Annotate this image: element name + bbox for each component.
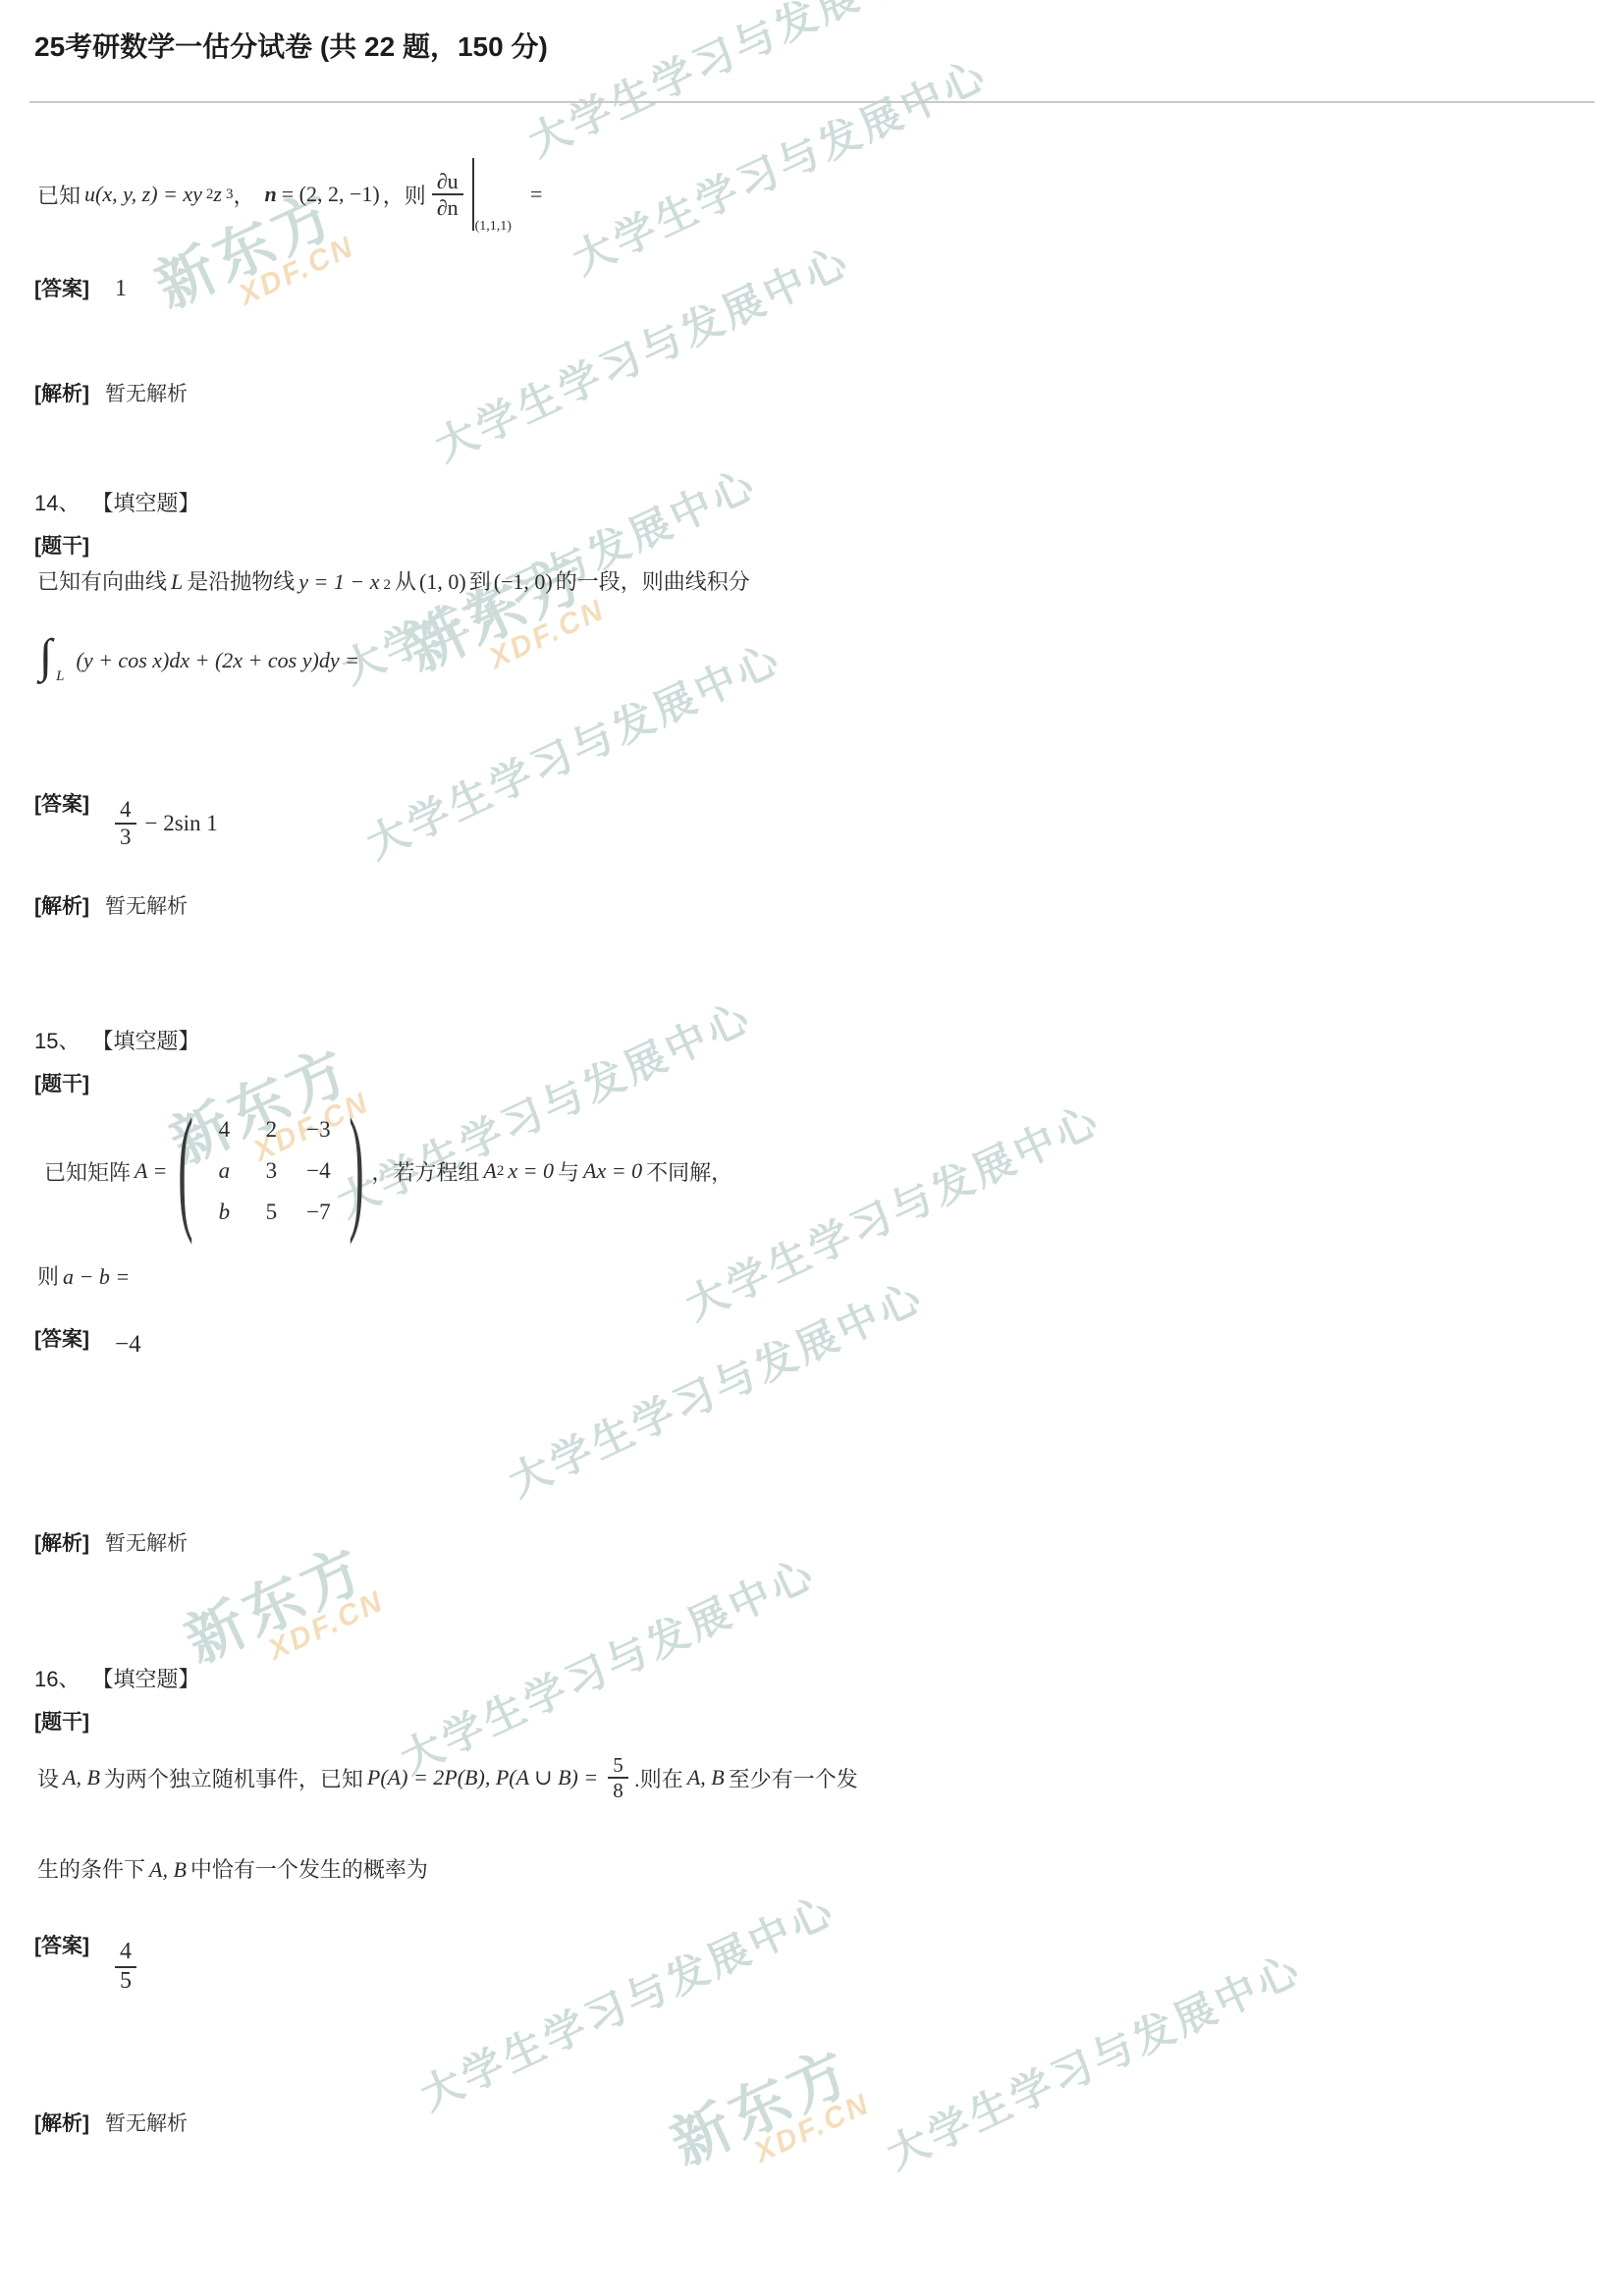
q13-fraction-denominator: ∂n	[432, 193, 463, 220]
answer-label: [答案]	[34, 273, 89, 302]
page-title: 25考研数学一估分试卷 (共 22 题，150 分)	[34, 26, 548, 65]
q16-events-AB: A, B	[63, 1765, 100, 1790]
q16-type-label: 【填空题】	[91, 1663, 199, 1693]
q14-stem-part3: 的一段，则曲线积分	[556, 565, 750, 596]
q16-answer-fraction: 4 5	[115, 1939, 136, 1995]
matrix-cell: 3	[247, 1158, 295, 1184]
q16-stem-line1: 设 A, B 为两个独立随机事件，已知 P(A) = 2P(B), P(A ∪ …	[37, 1739, 858, 1816]
watermark-center-text: 大学生学习与发展中心	[562, 42, 996, 287]
stem-label: [题干]	[34, 1706, 89, 1735]
q16-stem-line2: 生的条件下 A, B 中恰有一个发生的概率为	[37, 1853, 428, 1884]
q15-a-minus-b: a − b =	[63, 1264, 130, 1290]
matrix-paren-right: )	[350, 1101, 364, 1242]
q14-to-text: 到	[469, 565, 491, 596]
q16-header: 16、 【填空题】	[34, 1663, 200, 1693]
q15-type-label: 【填空题】	[91, 1025, 199, 1055]
watermark-center-text: 大学生学习与发展中心	[675, 1088, 1109, 1332]
q13-analysis-text: 暂无解析	[105, 378, 188, 407]
q15-stem-formula: 已知矩阵 A = ( 4 2 −3 a 3 −4 b 5 −7 ) ，若方程组 …	[44, 1097, 732, 1245]
q13-directional-derivative-fraction: ∂u ∂n	[432, 169, 463, 221]
answer-label: [答案]	[34, 1323, 89, 1353]
q16-stem-label-row: [题干]	[34, 1706, 89, 1735]
q14-stem-label-row: [题干]	[34, 530, 89, 560]
analysis-label: [解析]	[34, 890, 89, 920]
q14-from-text: 从	[395, 565, 416, 596]
q16-fraction-numerator: 5	[608, 1753, 628, 1777]
q13-answer-row: [答案] 1	[34, 273, 130, 302]
q16-answer-numerator: 4	[115, 1939, 136, 1966]
q14-analysis-row: [解析] 暂无解析	[34, 890, 188, 920]
q14-type-label: 【填空题】	[91, 487, 199, 517]
q15-stem-part3: 不同解，	[646, 1156, 732, 1187]
q14-curve-L: L	[171, 569, 183, 595]
q14-answer-rest: − 2sin 1	[145, 811, 218, 836]
q13-equals-sign: =	[530, 182, 542, 207]
matrix-cell: 5	[247, 1200, 295, 1225]
q15-stem-part2: ，若方程组	[371, 1156, 479, 1187]
q16-line2-part1: 生的条件下	[37, 1853, 145, 1884]
q14-start-point: (1, 0)	[419, 569, 466, 595]
q16-line2-part2: 中恰有一个发生的概率为	[190, 1853, 428, 1884]
q15-then-line: 则 a − b =	[37, 1260, 134, 1291]
q14-stem-text: 已知有向曲线 L 是沿抛物线 y = 1 − x2 从 (1, 0) 到 (−1…	[37, 565, 750, 596]
answer-label: [答案]	[34, 1920, 89, 1959]
q16-stem-part2: 为两个独立随机事件，已知	[104, 1763, 363, 1793]
matrix-cell: −3	[295, 1117, 342, 1143]
watermark-url-text: XDF.CN	[484, 593, 611, 675]
matrix-cell: 2	[247, 1117, 295, 1143]
q13-comma: ，	[233, 180, 254, 210]
q13-function-expression: u(x, y, z) = xy	[84, 182, 202, 207]
q15-analysis-row: [解析] 暂无解析	[34, 1527, 188, 1557]
q14-answer-row: [答案] 4 3 − 2sin 1	[34, 778, 221, 869]
q15-then-text: 则	[37, 1260, 59, 1291]
q15-A-squared: A	[483, 1158, 496, 1184]
q15-x-equals-zero: x = 0	[508, 1158, 554, 1184]
matrix-cell: 4	[200, 1117, 247, 1143]
q13-normal-vector: n	[265, 182, 277, 207]
q14-number: 14、	[34, 487, 80, 517]
q13-analysis-row: [解析] 暂无解析	[34, 378, 188, 407]
stem-label: [题干]	[34, 1068, 89, 1097]
q13-stem-formula: 已知 u(x, y, z) = xy2z3 ， n = (2, 2, −1) ，…	[37, 145, 545, 243]
watermark-center-text: 大学生学习与发展中心	[876, 1937, 1310, 2181]
q14-stem-part1: 已知有向曲线	[37, 565, 167, 596]
q15-header: 15、 【填空题】	[34, 1025, 200, 1055]
stem-label: [题干]	[34, 530, 89, 560]
q16-stem-part3: .则在	[634, 1763, 683, 1793]
q13-given-text: 已知	[37, 180, 81, 210]
q16-analysis-row: [解析] 暂无解析	[34, 2108, 188, 2137]
q13-z-variable: z	[213, 182, 222, 207]
q14-parabola-equation: y = 1 − x	[298, 569, 379, 595]
q15-matrix-grid: 4 2 −3 a 3 −4 b 5 −7	[200, 1117, 342, 1225]
matrix-paren-left: (	[179, 1101, 193, 1242]
watermark-center-text: 大学生学习与发展中心	[517, 0, 951, 169]
watermark-brand-text: 新东方	[170, 1521, 382, 1680]
analysis-label: [解析]	[34, 2108, 89, 2137]
q15-stem-label-row: [题干]	[34, 1068, 89, 1097]
watermark-center-text: 大学生学习与发展中心	[498, 1264, 932, 1509]
q16-stem-part1: 设	[37, 1763, 59, 1793]
q13-fraction-numerator: ∂u	[432, 169, 463, 193]
watermark-xdf-logo: 新东方XDF.CN	[391, 529, 612, 706]
q15-number: 15、	[34, 1025, 80, 1055]
q13-evaluation-bar: (1,1,1)	[472, 158, 514, 231]
exam-document-page: 大学生学习与发展中心大学生学习与发展中心新东方XDF.CN大学生学习与发展中心新…	[0, 0, 1624, 2296]
q16-probability-fraction: 5 8	[608, 1753, 628, 1802]
q16-events-AB-2: A, B	[687, 1765, 725, 1790]
integral-sign: ∫	[39, 633, 52, 680]
q13-answer-value: 1	[115, 276, 127, 302]
q15-matrix-A-equals: A =	[135, 1158, 167, 1184]
q16-events-AB-3: A, B	[149, 1857, 187, 1883]
q15-with-text: 与	[558, 1156, 579, 1187]
q16-fraction-denominator: 8	[608, 1777, 628, 1802]
watermark-xdf-logo: 新东方XDF.CN	[656, 2023, 877, 2200]
watermark-brand-text: 新东方	[656, 2023, 868, 2182]
q16-probability-equation: P(A) = 2P(B), P(A ∪ B) =	[367, 1765, 598, 1790]
q16-number: 16、	[34, 1663, 80, 1693]
q14-answer-denominator: 3	[115, 823, 136, 850]
q15-analysis-text: 暂无解析	[105, 1527, 188, 1557]
q15-answer-value: −4	[115, 1331, 141, 1359]
q14-header: 14、 【填空题】	[34, 487, 200, 517]
q15-Ax-equals-zero: Ax = 0	[583, 1158, 642, 1184]
watermark-center-text: 大学生学习与发展中心	[409, 1878, 843, 2122]
q13-then-text: ，则	[383, 180, 426, 210]
q14-integral-formula: ∫ L (y + cos x)dx + (2x + cos y)dy =	[39, 626, 363, 695]
title-divider	[29, 101, 1595, 103]
q16-answer-row: [答案] 4 5	[34, 1920, 142, 2013]
q14-stem-part2: 是沿抛物线	[187, 565, 295, 596]
analysis-label: [解析]	[34, 378, 89, 407]
watermark-url-text: XDF.CN	[263, 1584, 390, 1667]
q14-integral-body: (y + cos x)dx + (2x + cos y)dy =	[77, 648, 359, 673]
q16-analysis-text: 暂无解析	[105, 2108, 188, 2137]
q14-end-point: (−1, 0)	[494, 569, 553, 595]
q13-normal-vector-value: = (2, 2, −1)	[282, 182, 380, 207]
q16-answer-denominator: 5	[115, 1966, 136, 1996]
matrix-cell: −4	[295, 1158, 342, 1184]
q14-answer-numerator: 4	[115, 797, 136, 823]
watermark-center-text: 大学生学习与发展中心	[355, 626, 789, 871]
answer-label: [答案]	[34, 778, 89, 818]
watermark-center-text: 大学生学习与发展中心	[424, 229, 858, 473]
q15-stem-part1: 已知矩阵	[44, 1156, 131, 1187]
q15-answer-row: [答案] −4	[34, 1323, 144, 1353]
watermark-brand-text: 新东方	[391, 529, 603, 688]
q14-answer-fraction: 4 3	[115, 797, 136, 851]
q13-evaluation-point: (1,1,1)	[475, 219, 512, 235]
q14-analysis-text: 暂无解析	[105, 890, 188, 920]
watermark-xdf-logo: 新东方XDF.CN	[170, 1521, 391, 1697]
watermark-url-text: XDF.CN	[749, 2087, 876, 2169]
matrix-cell: a	[200, 1158, 247, 1184]
analysis-label: [解析]	[34, 1527, 89, 1557]
matrix-cell: −7	[295, 1200, 342, 1225]
q13-vertical-bar	[472, 158, 474, 231]
q16-stem-part4: 至少有一个发	[729, 1763, 858, 1793]
integral-subscript-L: L	[56, 668, 64, 685]
matrix-cell: b	[200, 1200, 247, 1225]
